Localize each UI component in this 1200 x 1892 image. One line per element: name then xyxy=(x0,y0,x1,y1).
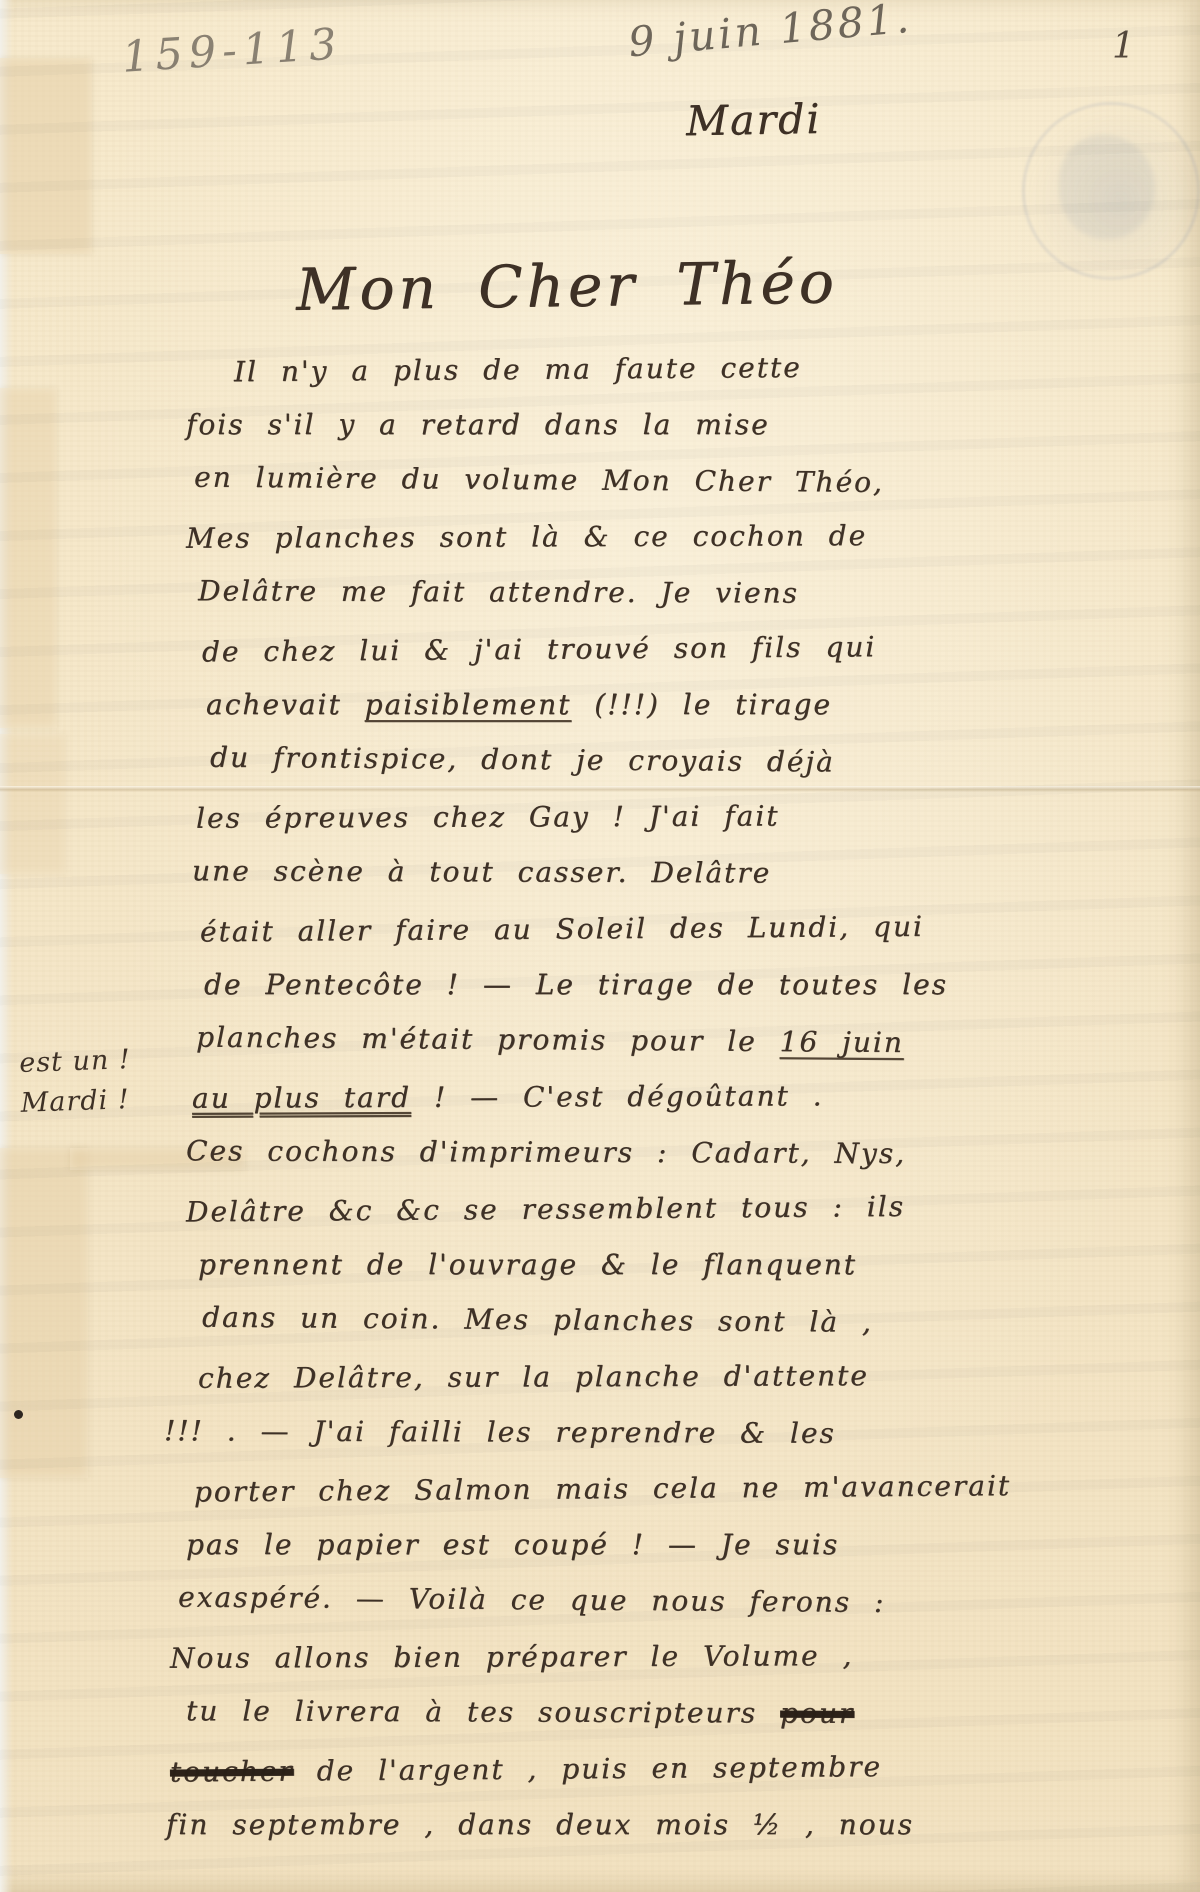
tape-strip xyxy=(0,1148,88,1478)
tape-strip xyxy=(0,58,92,254)
letter-line: tu le livrera à tes souscripteurs pour xyxy=(186,1694,1086,1753)
letter-line: Delâtre &c &c se ressemblent tous : ils xyxy=(186,1189,1086,1252)
page-number: 1 xyxy=(1112,26,1135,67)
letter-line: était aller faire au Soleil des Lundi, q… xyxy=(200,909,1086,972)
letter-line: Nous allons bien préparer le Volume , xyxy=(170,1638,1086,1698)
letter-line: une scène à tout casser. Delâtre xyxy=(192,854,1086,913)
date-annotation: 9 juin 1881. xyxy=(626,0,913,66)
letter-line: de chez lui & j'ai trouvé son fils qui xyxy=(202,629,1086,692)
letter-line: du frontispice, dont je croyais déjà xyxy=(210,741,1086,804)
letter-line: porter chez Salmon mais cela ne m'avance… xyxy=(194,1469,1086,1532)
letter-line: Il n'y a plus de ma faute cette xyxy=(234,349,1086,412)
tape-strip xyxy=(0,388,57,728)
letter-line: les épreuves chez Gay ! J'ai fait xyxy=(196,798,1086,857)
salutation: Mon Cher Théo xyxy=(296,248,839,324)
letter-line: toucher de l'argent , puis en septembre xyxy=(170,1748,1086,1811)
letter-line: !!! . — J'ai failli les reprendre & les xyxy=(164,1414,1086,1474)
letter-line: Delâtre me fait attendre. Je viens xyxy=(198,574,1086,633)
letter-line: au plus tard ! — C'est dégoûtant . xyxy=(192,1078,1086,1137)
letter-scan-page: 159-113 9 juin 1881. 1 Mardi Mon Cher Th… xyxy=(0,0,1200,1892)
letter-line: dans un coin. Mes planches sont là , xyxy=(202,1301,1086,1364)
day-heading: Mardi xyxy=(686,95,822,145)
tape-strip xyxy=(0,734,66,874)
ink-dot xyxy=(14,1410,23,1419)
letter-line: de Pentecôte ! — Le tirage de toutes les xyxy=(204,968,1086,1024)
letter-line: Mes planches sont là & ce cochon de xyxy=(186,518,1086,577)
letter-line: fin septembre , dans deux mois ½ , nous xyxy=(166,1808,1086,1864)
letter-line: pas le papier est coupé ! — Je suis xyxy=(186,1528,1086,1584)
margin-note-line: Mardi ! xyxy=(20,1080,133,1124)
letter-line: chez Delâtre, sur la planche d'attente xyxy=(198,1358,1086,1417)
letter-line: fois s'il y a retard dans la mise xyxy=(186,408,1086,464)
letter-body: Il n'y a plus de ma faute cettefois s'il… xyxy=(186,352,1086,1864)
paper-edge xyxy=(0,0,13,1892)
margin-note-line: est un ! xyxy=(19,1040,132,1084)
letter-line: en lumière du volume Mon Cher Théo, xyxy=(194,461,1086,524)
archive-stamp xyxy=(1022,102,1200,280)
letter-line: Ces cochons d'imprimeurs : Cadart, Nys, xyxy=(186,1134,1086,1193)
letter-line: achevait paisiblement (!!!) le tirage xyxy=(206,688,1086,744)
letter-line: prennent de l'ouvrage & le flanquent xyxy=(198,1248,1086,1304)
letter-line: exaspéré. — Voilà ce que nous ferons : xyxy=(178,1581,1086,1644)
catalog-number: 159-113 xyxy=(121,19,344,82)
letter-line: planches m'était promis pour le 16 juin xyxy=(196,1021,1086,1084)
margin-note: est un ! Mardi ! xyxy=(19,1040,133,1124)
